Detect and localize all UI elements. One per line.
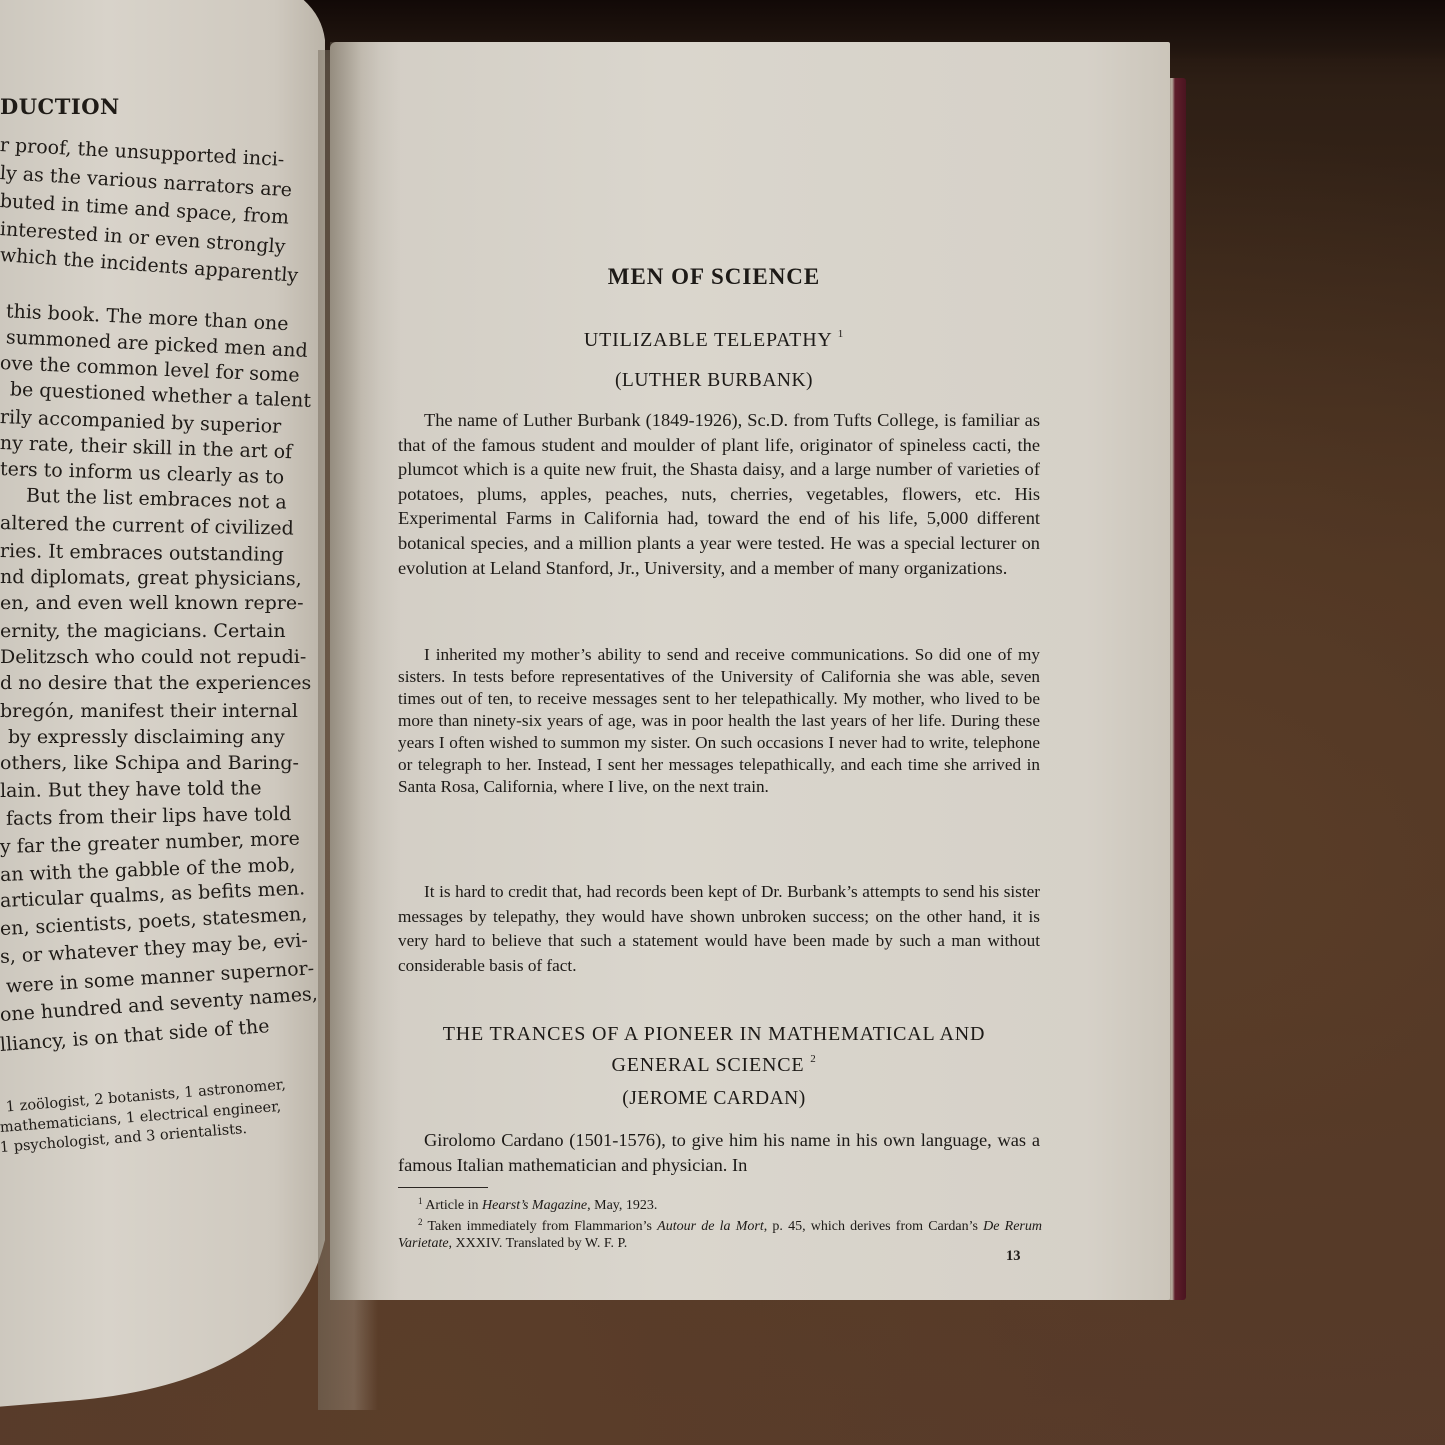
- text-line: lain. But they have told the: [0, 777, 262, 802]
- text-line: by expressly disclaiming any: [0, 726, 285, 748]
- running-head: DUCTION: [0, 94, 120, 119]
- paragraph-text: It is hard to credit that, had records b…: [398, 882, 1040, 975]
- text-line: d no desire that the experiences: [0, 672, 311, 694]
- paragraph-text: The name of Luther Burbank (1849-1926), …: [398, 410, 1040, 578]
- text-line: ernity, the magicians. Certain: [0, 620, 286, 642]
- quoted-paragraph: I inherited my mother’s ability to send …: [398, 644, 1040, 798]
- paragraph: The name of Luther Burbank (1849-1926), …: [398, 408, 1040, 580]
- section-title-text: UTILIZABLE TELEPATHY: [584, 329, 832, 351]
- text-line: ries. It embraces outstanding: [0, 540, 284, 566]
- section-subject: (JEROME CARDAN): [392, 1088, 1036, 1110]
- section-title-line-2: GENERAL SCIENCE: [611, 1054, 804, 1076]
- footnote-2: 2 Taken immediately from Flammarion’s Au…: [398, 1214, 1042, 1252]
- paragraph: Girolomo Cardano (1501-1576), to give hi…: [398, 1128, 1040, 1177]
- text-line: bregón, manifest their internal: [0, 700, 298, 722]
- footnote-ref: 1: [838, 328, 844, 340]
- paragraph-text: I inherited my mother’s ability to send …: [398, 645, 1040, 796]
- section-title: UTILIZABLE TELEPATHY 1: [392, 328, 1036, 352]
- section-title-line-1: THE TRANCES OF A PIONEER IN MATHEMATICAL…: [392, 1022, 1036, 1047]
- footnotes: 1 Article in Hearst’s Magazine, May, 192…: [398, 1193, 1042, 1252]
- chapter-title: MEN OF SCIENCE: [392, 264, 1036, 290]
- page-number: 13: [1006, 1248, 1021, 1265]
- footnote-1: 1 Article in Hearst’s Magazine, May, 192…: [398, 1193, 1042, 1214]
- footnote-rule: [398, 1187, 488, 1188]
- text-line: nd diplomats, great physicians,: [0, 566, 302, 590]
- paragraph-text: Girolomo Cardano (1501-1576), to give hi…: [398, 1130, 1040, 1175]
- text-line: others, like Schipa and Baring-: [0, 752, 299, 774]
- text-line: Delitzsch who could not repudi-: [0, 646, 306, 668]
- footnote-ref: 2: [810, 1053, 816, 1065]
- text-line: en, and even well known repre-: [0, 592, 304, 614]
- section-subject: (LUTHER BURBANK): [392, 370, 1036, 392]
- paragraph: It is hard to credit that, had records b…: [398, 880, 1040, 978]
- section-title: THE TRANCES OF A PIONEER IN MATHEMATICAL…: [392, 1022, 1036, 1078]
- gutter-shadow: [330, 42, 400, 1300]
